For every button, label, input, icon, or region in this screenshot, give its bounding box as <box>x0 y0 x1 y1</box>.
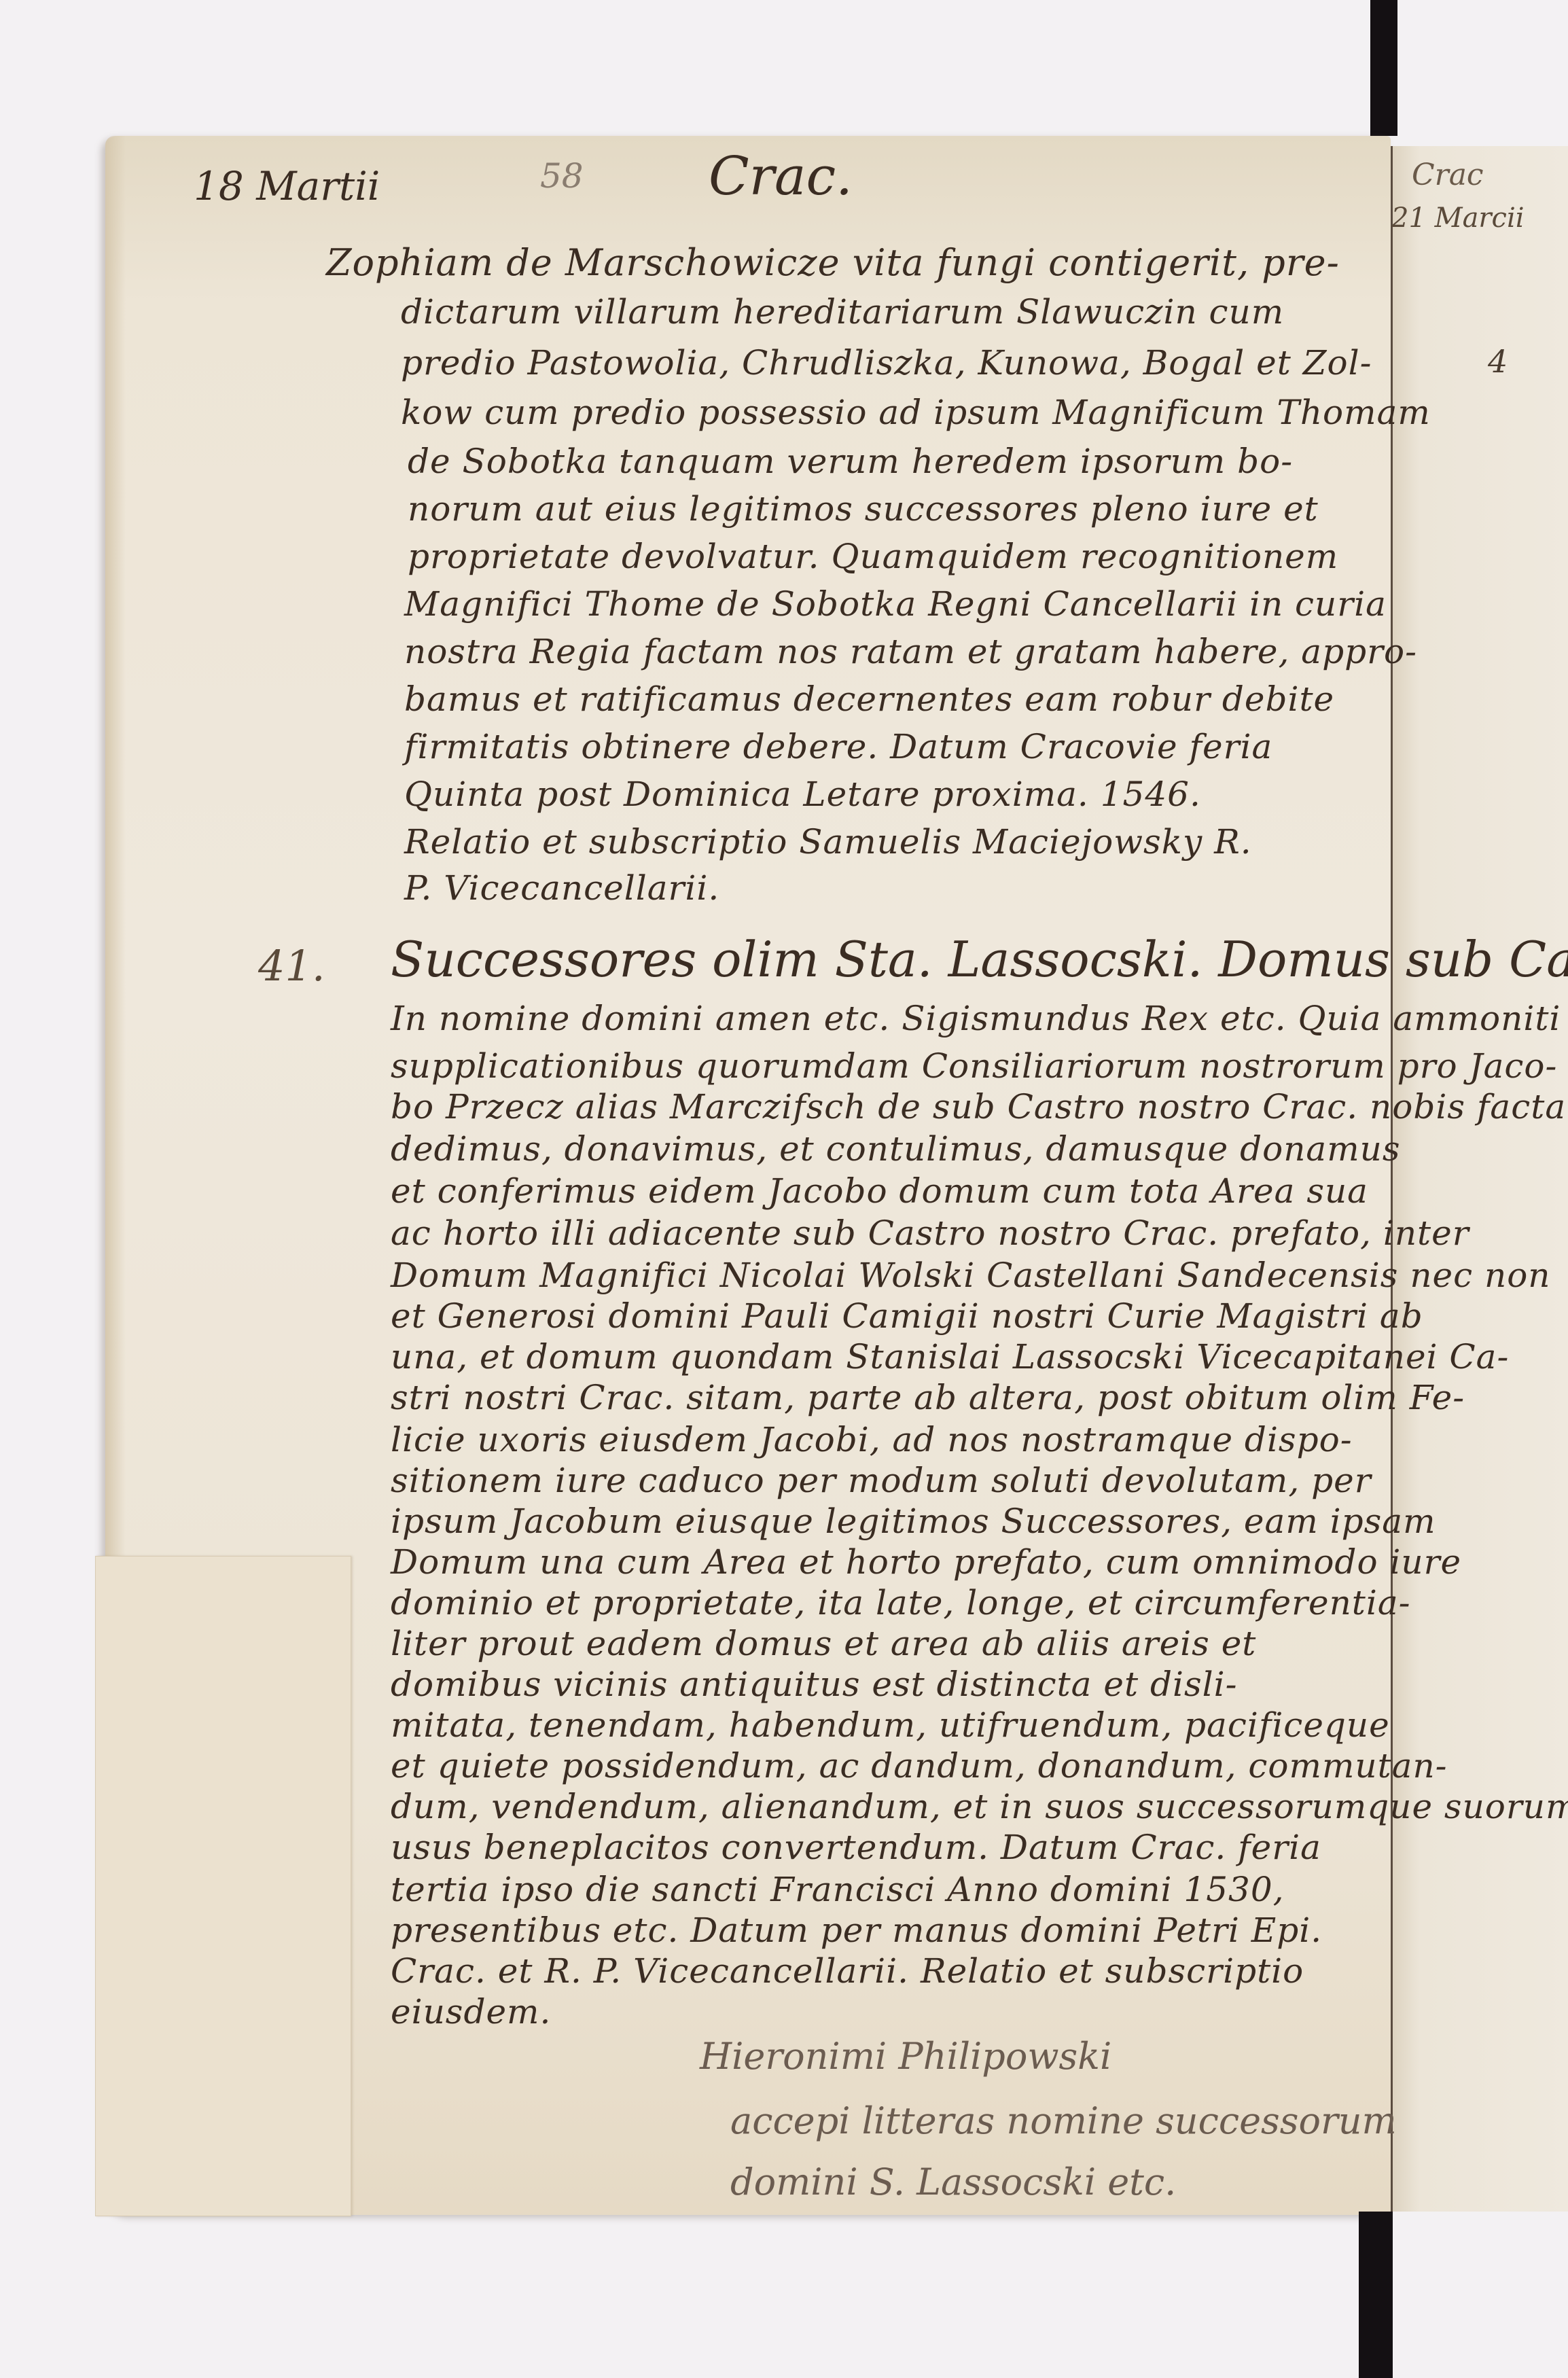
page-title: Crac. <box>709 146 853 207</box>
text-line: ac horto illi adiacente sub Castro nostr… <box>391 1213 1469 1253</box>
facing-page-city: Crac <box>1412 158 1484 192</box>
text-line: bamus et ratificamus decernentes eam rob… <box>404 679 1334 719</box>
text-line: kow cum predio possessio ad ipsum Magnif… <box>401 393 1431 432</box>
text-line: Domum una cum Area et horto prefato, cum… <box>391 1542 1461 1582</box>
annotation-line: accepi litteras nomine successorum <box>730 2099 1397 2142</box>
text-line: stri nostri Crac. sitam, parte ab altera… <box>391 1378 1465 1417</box>
text-line: dum, vendendum, alienandum, et in suos s… <box>391 1787 1568 1826</box>
text-line: ipsum Jacobum eiusque legitimos Successo… <box>391 1502 1436 1541</box>
text-line: liter prout eadem domus et area ab aliis… <box>391 1624 1256 1663</box>
text-line: licie uxoris eiusdem Jacobi, ad nos nost… <box>391 1420 1353 1459</box>
text-line: sitionem iure caduco per modum soluti de… <box>391 1461 1372 1500</box>
text-line: proprietate devolvatur. Quamquidem recog… <box>408 537 1338 576</box>
facing-page-mark: 4 <box>1488 343 1508 380</box>
text-line: eiusdem. <box>391 1992 551 2031</box>
text-line: Relatio et subscriptio Samuelis Maciejow… <box>404 822 1252 862</box>
text-line: norum aut eius legitimos successores ple… <box>408 489 1319 529</box>
text-line: et conferimus eidem Jacobo domum cum tot… <box>391 1171 1368 1211</box>
text-line: nostra Regia factam nos ratam et gratam … <box>404 632 1417 671</box>
text-line: Crac. et R. P. Vicecancellarii. Relatio … <box>391 1951 1304 1991</box>
text-line: bo Przecz alias Marczifsch de sub Castro… <box>391 1087 1566 1126</box>
text-line: Magnifici Thome de Sobotka Regni Cancell… <box>404 584 1387 624</box>
text-line: de Sobotka tanquam verum heredem ipsorum… <box>408 442 1293 481</box>
text-line: et Generosi domini Pauli Camigii nostri … <box>391 1296 1423 1336</box>
bookmark-ribbon-bottom <box>1359 2212 1393 2378</box>
annotation-line: Hieronimi Philipowski <box>700 2035 1111 2078</box>
text-line: Zophiam de Marschowicze vita fungi conti… <box>326 241 1340 284</box>
text-line: predio Pastowolia, Chrudliszka, Kunowa, … <box>401 343 1372 383</box>
entry-number: 41. <box>258 941 325 991</box>
text-line: dominio et proprietate, ita late, longe,… <box>391 1583 1411 1622</box>
text-line: usus beneplacitos convertendum. Datum Cr… <box>391 1828 1321 1867</box>
text-line: dictarum villarum hereditariarum Slawucz… <box>401 292 1284 332</box>
text-line: presentibus etc. Datum per manus domini … <box>391 1911 1322 1950</box>
folio-number: 58 <box>540 156 584 196</box>
facing-page-date: 21 Marcii <box>1391 202 1525 234</box>
text-line: P. Vicecancellarii. <box>404 868 719 908</box>
page-date: 18 Martii <box>194 163 380 209</box>
text-line: et quiete possidendum, ac dandum, donand… <box>391 1746 1448 1786</box>
facing-page-edge <box>1391 146 1568 2212</box>
text-line: Domum Magnifici Nicolai Wolski Castellan… <box>391 1256 1551 1295</box>
bookmark-ribbon-top <box>1370 0 1397 136</box>
text-line: mitata, tenendam, habendum, utifruendum,… <box>391 1705 1390 1745</box>
text-line: firmitatis obtinere debere. Datum Cracov… <box>404 727 1272 766</box>
text-line: tertia ipso die sancti Francisci Anno do… <box>391 1870 1285 1909</box>
entry-heading: Successores olim Sta. Lassocski. Domus s… <box>391 931 1568 988</box>
text-line: una, et domum quondam Stanislai Lassocsk… <box>391 1337 1509 1377</box>
text-line: Quinta post Dominica Letare proxima. 154… <box>404 775 1201 814</box>
text-line: dedimus, donavimus, et contulimus, damus… <box>391 1129 1400 1169</box>
text-line: supplicationibus quorumdam Consiliarioru… <box>391 1046 1557 1086</box>
annotation-line: domini S. Lassocski etc. <box>730 2161 1176 2203</box>
paper-repair-patch <box>95 1556 351 2216</box>
text-line: domibus vicinis antiquitus est distincta… <box>391 1665 1237 1704</box>
text-line: In nomine domini amen etc. Sigismundus R… <box>391 999 1561 1038</box>
